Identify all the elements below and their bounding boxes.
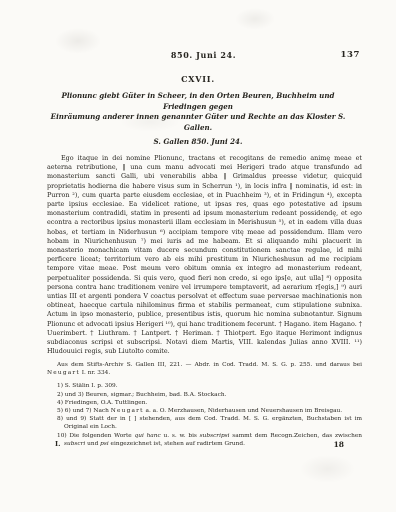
- footnote-10-quote2: subscripsi: [200, 433, 230, 439]
- running-head: 850. Juni 24. 137: [47, 50, 360, 62]
- charter-title-line1: Plionunc giebt Güter in Scheer, in den O…: [40, 91, 356, 112]
- paper-smudge: [235, 8, 275, 30]
- footnote-10-text2: u. s. w. bis: [161, 433, 200, 439]
- source-note-ref: I. nr. 334.: [80, 370, 110, 376]
- paper-smudge: [300, 455, 355, 483]
- footnote-10-quote1: qui hanc: [135, 433, 161, 439]
- footnote-5-6-7: 5) 6) und 7) Nach Neugart a. a. O. Merzh…: [52, 407, 362, 415]
- charter-dateline: S. Gallen 850. Juni 24.: [0, 137, 396, 146]
- page-number: 137: [340, 50, 360, 60]
- footnote-1: 1) S. Stälin I. p. 309.: [52, 382, 362, 390]
- footnote-10-quote3: subscri: [64, 441, 85, 447]
- footnote-5-6-7-author: Neugart: [111, 408, 144, 414]
- source-note-author: Neugart: [47, 370, 80, 376]
- footnote-5-6-7-text: 5) 6) und 7) Nach: [57, 408, 111, 414]
- charter-title: Plionunc giebt Güter in Scheer, in den O…: [40, 91, 356, 133]
- footnote-10: 10) Die folgenden Worte qui hanc u. s. w…: [52, 432, 362, 448]
- footnotes: 1) S. Stälin I. p. 309. 2) und 3) Beuren…: [52, 382, 362, 448]
- volume-signature: I.: [55, 440, 60, 448]
- footnote-10-text: 10) Die folgenden Worte: [57, 433, 135, 439]
- footnote-10-text3: sammt dem Recogn.Zeichen, das zwischen: [229, 433, 362, 439]
- footnote-10-text4: und: [85, 441, 100, 447]
- footnote-4: 4) Friedingen, O.A. Tuttlingen.: [52, 399, 362, 407]
- footnote-8-9: 8) und 9) Statt der in [ ] stehenden, au…: [52, 415, 362, 431]
- footnote-2-3: 2) und 3) Beuren, sigmar.; Buchheim, bad…: [52, 391, 362, 399]
- sheet-signature: 18: [334, 440, 344, 449]
- book-page: 850. Juni 24. 137 CXVII. Plionunc giebt …: [0, 0, 396, 512]
- source-note: Aus dem Stifts-Archiv S. Gallen III, 221…: [47, 361, 362, 377]
- source-note-text: Aus dem Stifts-Archiv S. Gallen III, 221…: [57, 362, 362, 368]
- charter-body: Ego itaque in dei nomine Plionunc, tract…: [47, 154, 362, 356]
- footnote-10-quote4: psi: [100, 441, 109, 447]
- footnote-10-text5: eingezeichnet ist, stehen auf radirtem G…: [109, 441, 245, 447]
- charter-title-line2: Einräumung anderer innen genannter Güter…: [40, 112, 356, 133]
- footnote-5-6-7-places: a. a. O. Merzhausen, Niderhausen und Neu…: [144, 408, 342, 414]
- running-head-date: 850. Juni 24.: [171, 50, 236, 60]
- charter-number: CXVII.: [0, 74, 396, 84]
